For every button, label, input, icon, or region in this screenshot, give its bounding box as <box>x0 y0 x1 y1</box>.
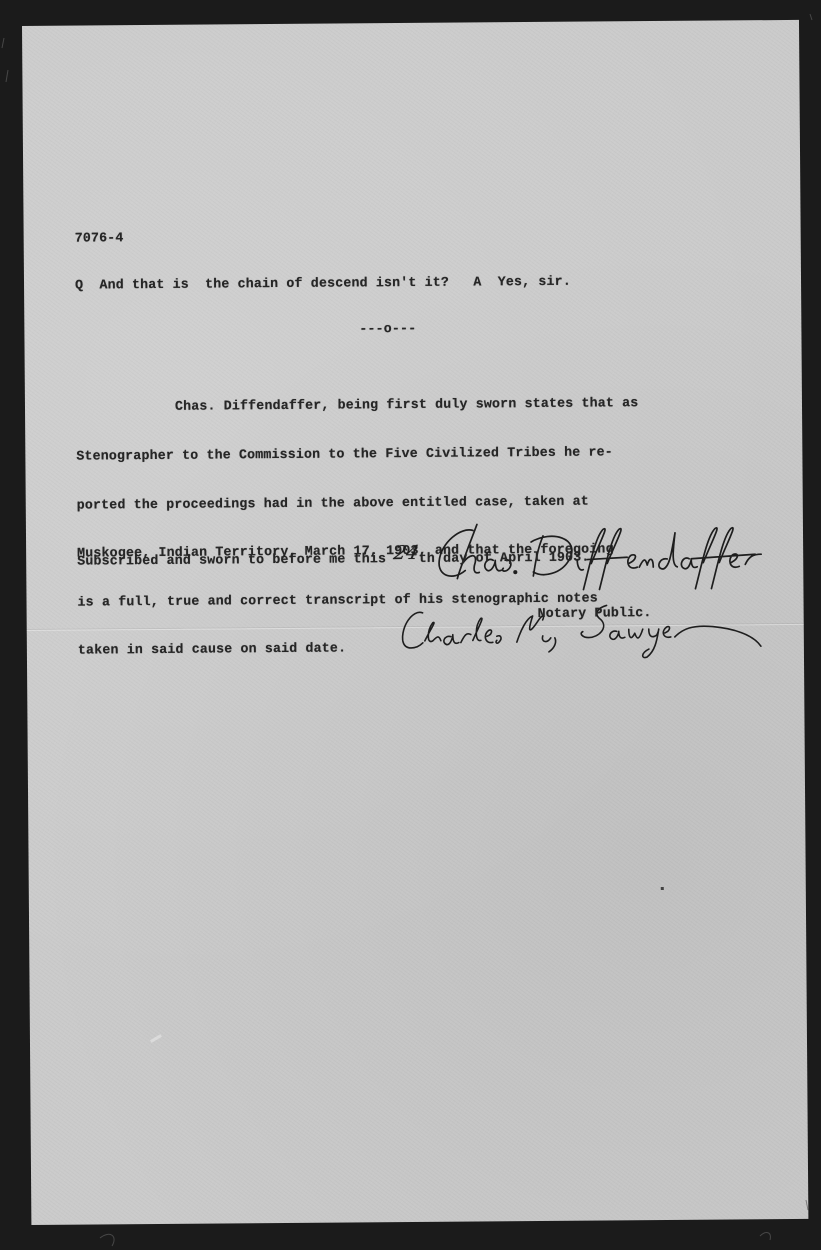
document-number: 7076-4 <box>75 230 124 245</box>
paragraph-line: Stenographer to the Commission to the Fi… <box>76 444 639 465</box>
handwritten-day: 24 <box>392 542 421 564</box>
question-answer-line: Q And that is the chain of descend isn't… <box>75 274 571 293</box>
section-divider: ---o--- <box>359 321 416 336</box>
notary-title: Notary Public. <box>538 605 652 621</box>
scan-speck <box>661 887 664 890</box>
paragraph-line: Chas. Diffendaffer, being first duly swo… <box>76 396 639 417</box>
scan-speck <box>150 1034 162 1043</box>
document-page: 7076-4 Q And that is the chain of descen… <box>22 20 808 1225</box>
